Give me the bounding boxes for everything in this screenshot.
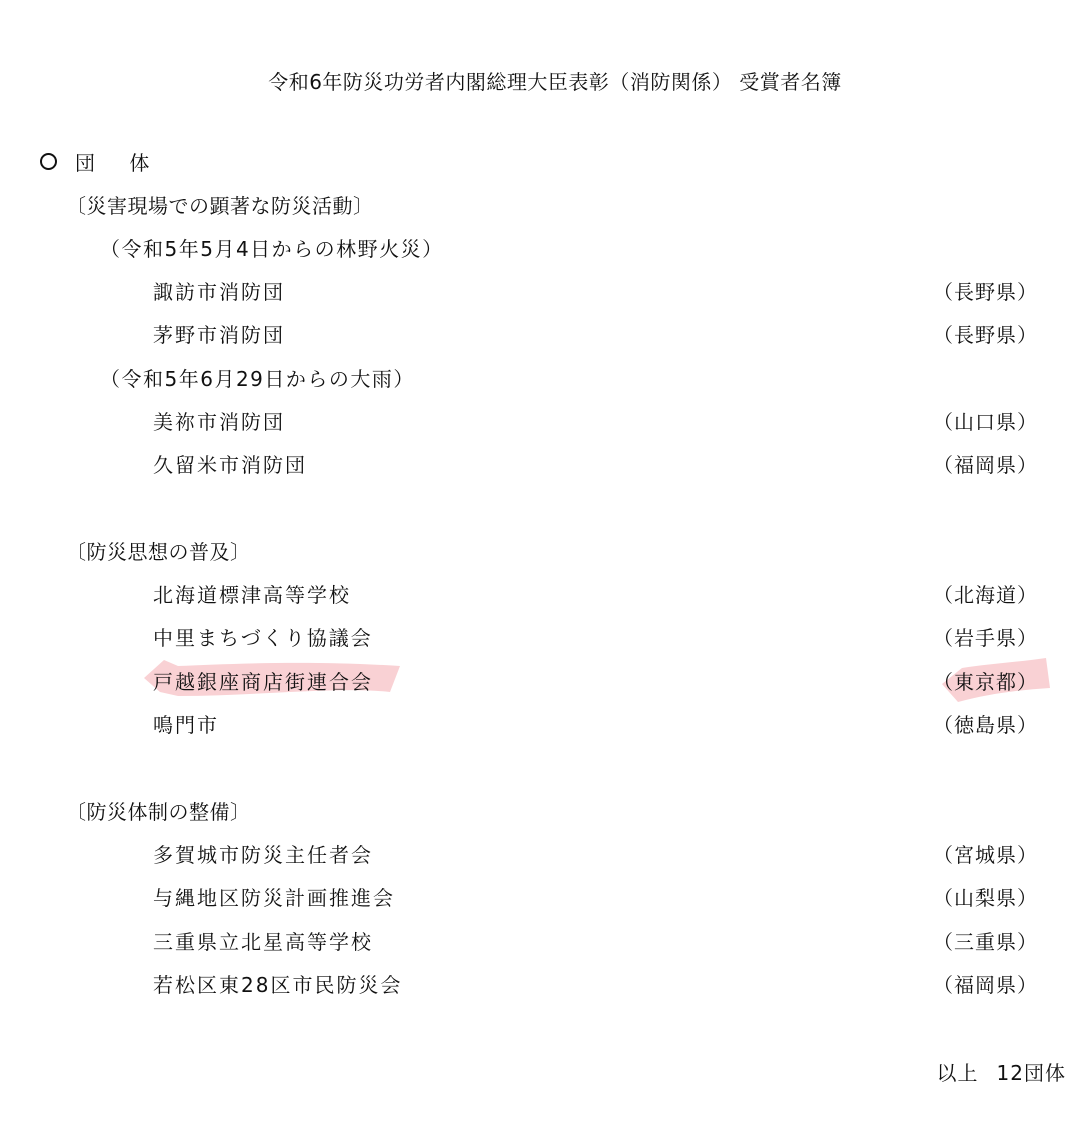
subcategory-heading: （令和5年6月29日からの大雨） bbox=[100, 365, 415, 393]
entry-prefecture-highlighted: （東京都） bbox=[933, 668, 1038, 696]
entry-name: 与縄地区防災計画推進会 bbox=[153, 884, 395, 912]
entry-prefecture: （岩手県） bbox=[933, 624, 1038, 652]
entry-prefecture: （宮城県） bbox=[933, 841, 1038, 869]
entry-name: 北海道標津高等学校 bbox=[153, 581, 351, 609]
entry-prefecture: （山梨県） bbox=[933, 884, 1038, 912]
group-heading-label: 団 体 bbox=[75, 147, 163, 176]
category-heading: 〔防災体制の整備〕 bbox=[66, 798, 251, 826]
footer-label: 以上 bbox=[937, 1061, 979, 1085]
document-page: 令和6年防災功労者内閣総理大臣表彰（消防関係） 受賞者名簿 団 体 〔災害現場で… bbox=[0, 0, 1080, 1126]
entry-name: 久留米市消防団 bbox=[153, 451, 307, 479]
entry-prefecture: （三重県） bbox=[933, 928, 1038, 956]
entry-prefecture: （福岡県） bbox=[933, 451, 1038, 479]
circle-bullet-icon bbox=[40, 153, 57, 170]
entry-prefecture: （福岡県） bbox=[933, 971, 1038, 999]
entry-name: 多賀城市防災主任者会 bbox=[153, 841, 373, 869]
category-heading: 〔災害現場での顕著な防災活動〕 bbox=[66, 192, 374, 220]
entry-name: 三重県立北星高等学校 bbox=[153, 928, 373, 956]
document-title: 令和6年防災功労者内閣総理大臣表彰（消防関係） 受賞者名簿 bbox=[0, 66, 1080, 95]
category-heading: 〔防災思想の普及〕 bbox=[66, 538, 251, 566]
entry-prefecture: （長野県） bbox=[933, 321, 1038, 349]
entry-name: 鳴門市 bbox=[153, 711, 219, 739]
entry-prefecture: （山口県） bbox=[933, 408, 1038, 436]
entry-name: 美祢市消防団 bbox=[153, 408, 285, 436]
group-heading: 団 体 bbox=[40, 147, 163, 176]
entry-name: 諏訪市消防団 bbox=[153, 278, 285, 306]
entry-name: 若松区東28区市民防災会 bbox=[153, 971, 402, 999]
footer-total: 以上12団体 bbox=[937, 1057, 1066, 1086]
entry-name-highlighted: 戸越銀座商店街連合会 bbox=[153, 668, 373, 696]
entry-prefecture: （北海道） bbox=[933, 581, 1038, 609]
subcategory-heading: （令和5年5月4日からの林野火災） bbox=[100, 235, 444, 263]
entry-name: 中里まちづくり協議会 bbox=[153, 624, 373, 652]
footer-count: 12団体 bbox=[997, 1061, 1066, 1085]
entry-prefecture: （徳島県） bbox=[933, 711, 1038, 739]
entry-prefecture: （長野県） bbox=[933, 278, 1038, 306]
entry-name: 茅野市消防団 bbox=[153, 321, 285, 349]
